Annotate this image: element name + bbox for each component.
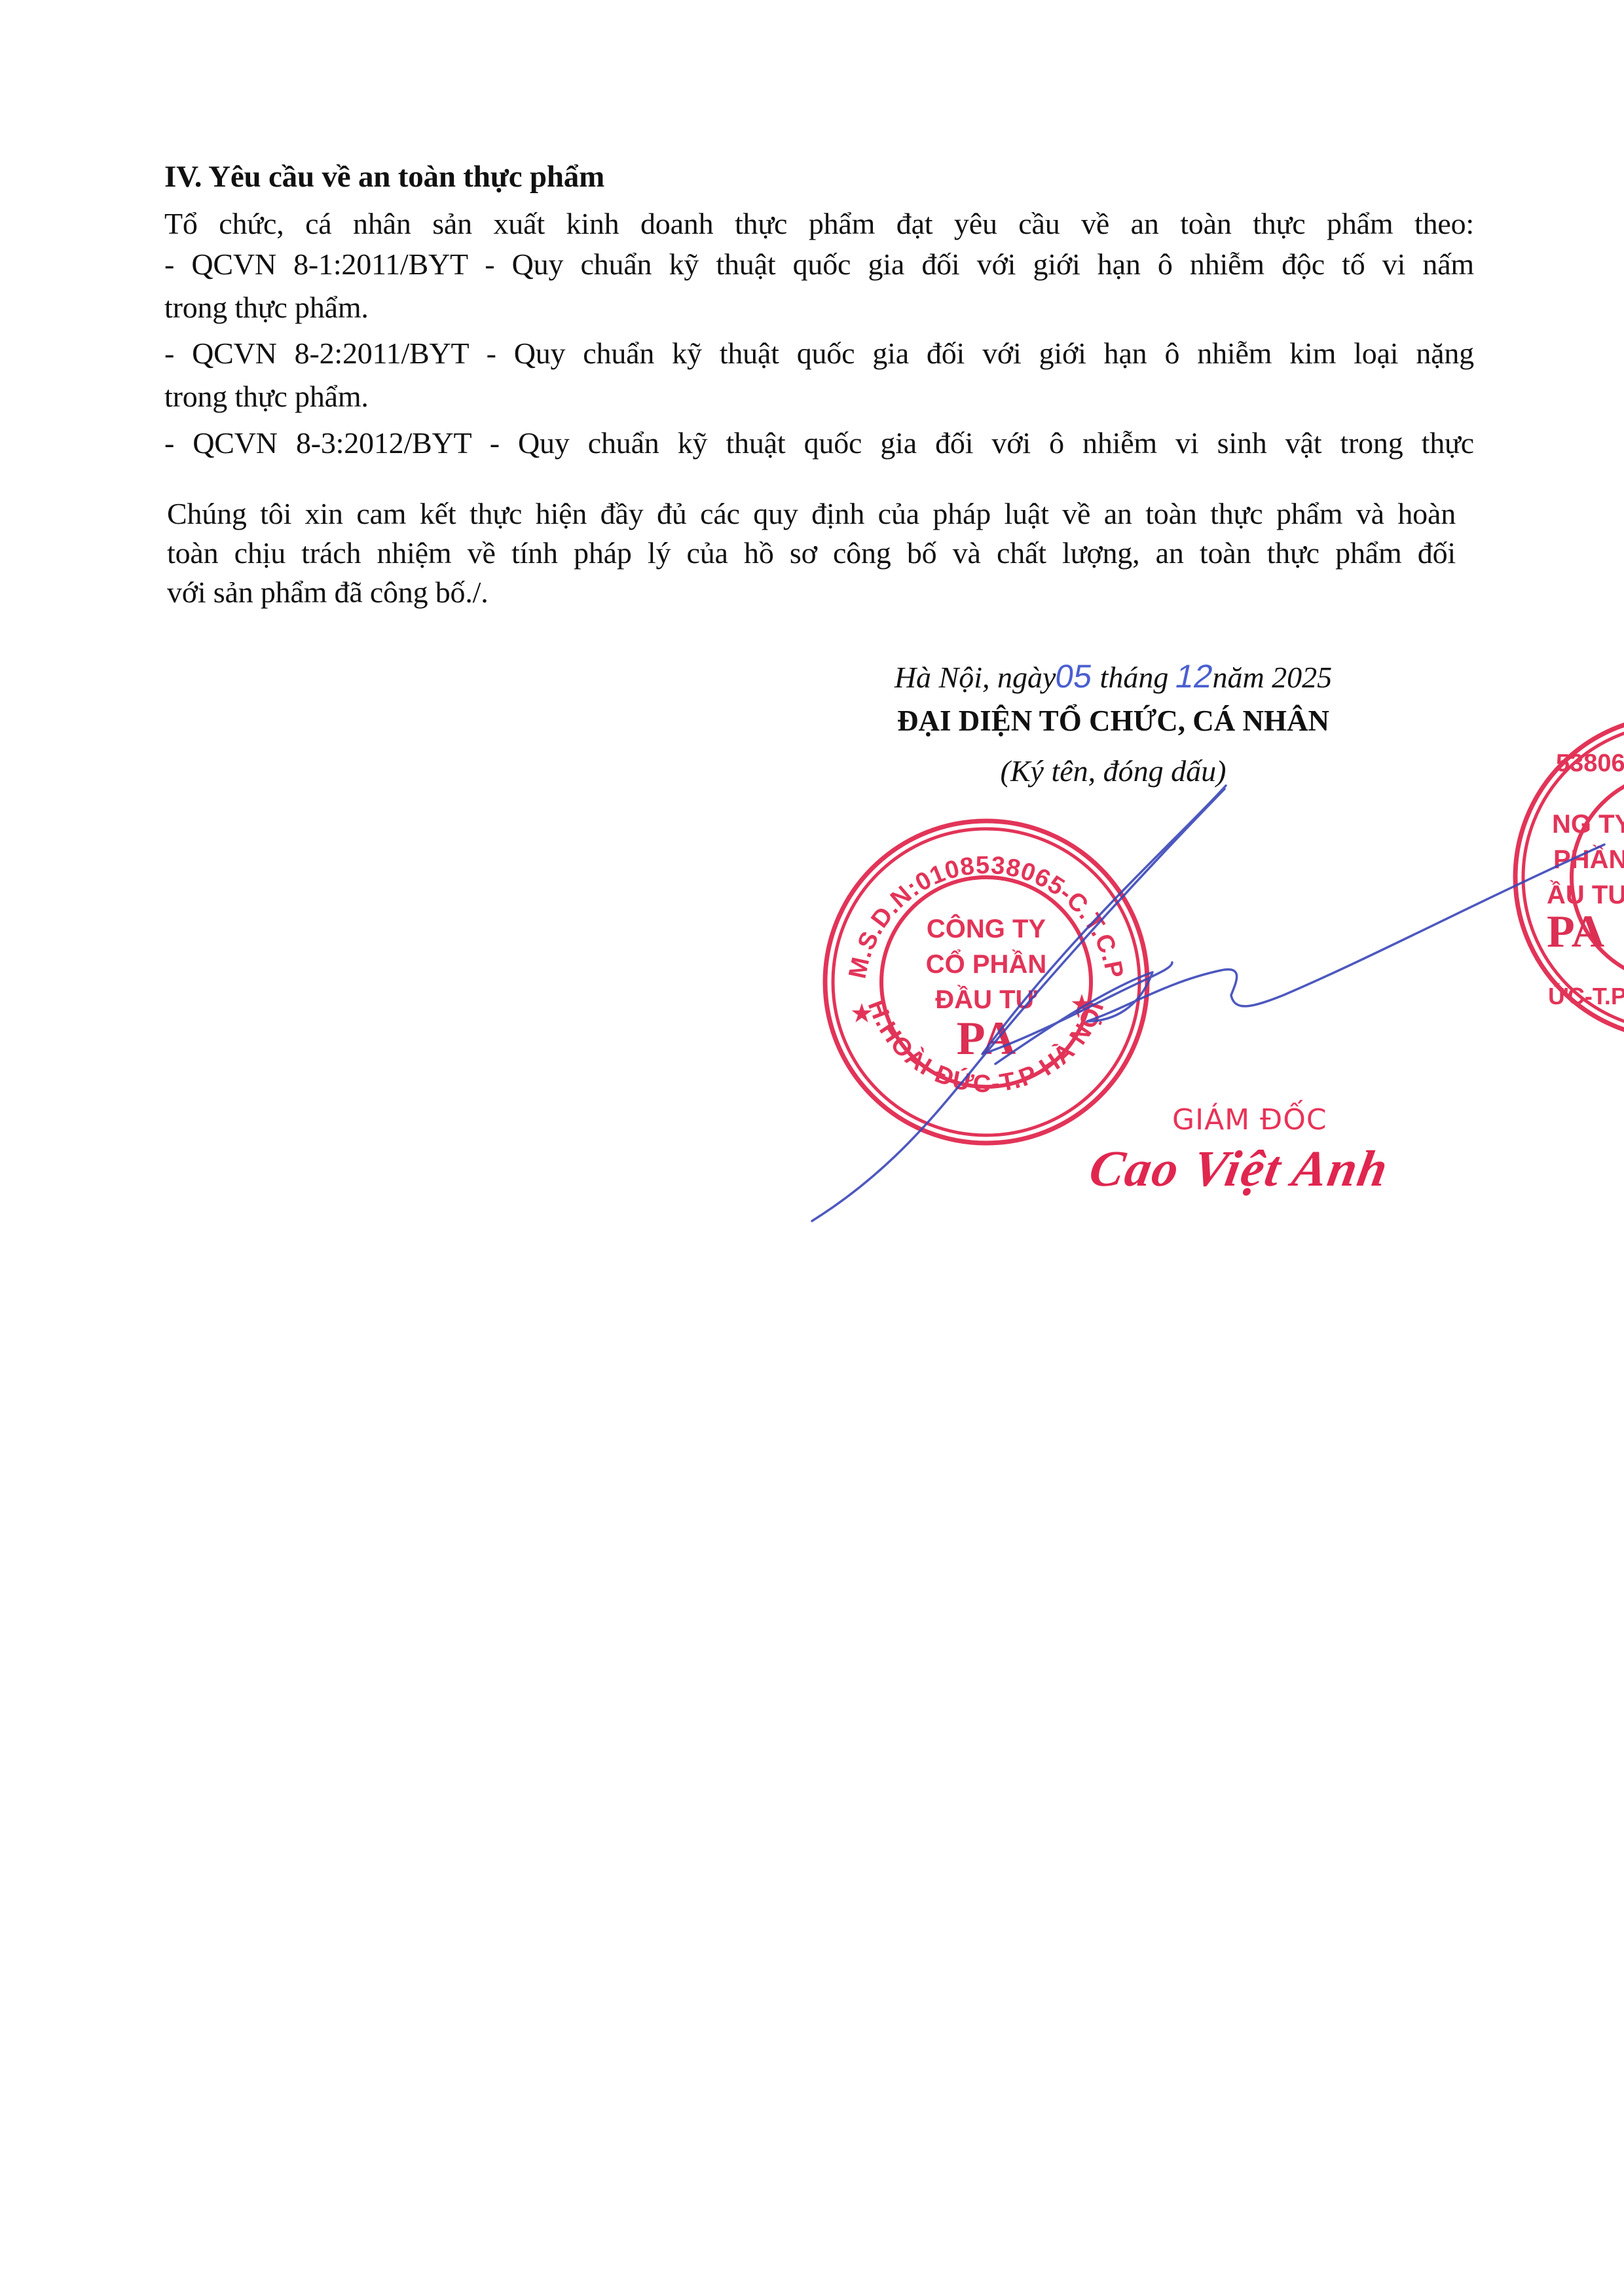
seal-line-2: CỔ PHẦN [926, 948, 1046, 979]
partial-seal-logo: PA [1547, 907, 1605, 957]
director-name: Cao Việt Anh [1085, 1139, 1393, 1198]
partial-seal-line-2: PHẦN [1553, 844, 1624, 874]
seal-line-1: CÔNG TY [927, 913, 1046, 943]
document-page: IV. Yêu cầu về an toàn thực phẩm Tổ chức… [0, 0, 1624, 2296]
partial-seal-line-3: ẦU TƯ [1547, 879, 1624, 909]
partial-seal-bottom-text: ỨC-T.P [1548, 982, 1624, 1010]
partial-seal-top-text: 53806 [1556, 750, 1624, 777]
seal-star-icon: ★ [851, 1000, 872, 1027]
partial-seal-line-1: NG TY [1552, 810, 1624, 839]
director-title: GIÁM ĐỐC [1172, 1103, 1327, 1137]
